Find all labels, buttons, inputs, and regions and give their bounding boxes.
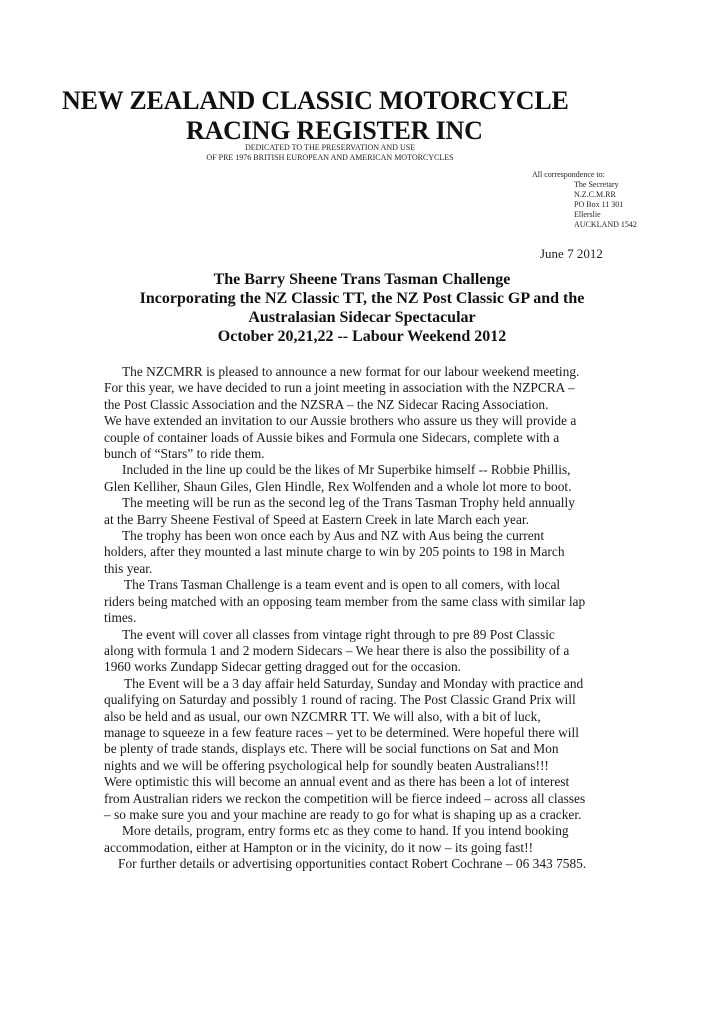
body-line: along with formula 1 and 2 modern Sideca…: [104, 643, 624, 659]
body-line: accommodation, either at Hampton or in t…: [104, 840, 624, 856]
correspondence-label: All correspondence to:: [532, 170, 637, 180]
address-line: The Secretary: [532, 180, 637, 190]
tagline-line1: DEDICATED TO THE PRESERVATION AND USE: [150, 143, 510, 153]
address-line: N.Z.C.M.RR: [532, 190, 637, 200]
event-title-line: Incorporating the NZ Classic TT, the NZ …: [60, 289, 664, 308]
event-title: The Barry Sheene Trans Tasman Challenge …: [60, 270, 664, 346]
body-line: be plenty of trade stands, displays etc.…: [104, 741, 624, 757]
address-line: AUCKLAND 1542: [532, 220, 637, 230]
body-line: couple of container loads of Aussie bike…: [104, 430, 624, 446]
body-line: this year.: [104, 561, 624, 577]
organization-name-line1: NEW ZEALAND CLASSIC MOTORCYCLE: [62, 86, 592, 116]
organization-name-line2: RACING REGISTER INC: [62, 116, 592, 146]
body-line: For further details or advertising oppor…: [104, 856, 624, 872]
address-line: PO Box 11 301: [532, 200, 637, 210]
body-line: For this year, we have decided to run a …: [104, 380, 624, 396]
organization-name: NEW ZEALAND CLASSIC MOTORCYCLE RACING RE…: [62, 86, 592, 146]
tagline-line2: OF PRE 1976 BRITISH EUROPEAN AND AMERICA…: [150, 153, 510, 163]
body-line: The Event will be a 3 day affair held Sa…: [104, 676, 624, 692]
body-line: qualifying on Saturday and possibly 1 ro…: [104, 692, 624, 708]
correspondence-address-block: All correspondence to: The Secretary N.Z…: [532, 170, 637, 230]
letter-body: The NZCMRR is pleased to announce a new …: [104, 364, 624, 873]
body-line: The event will cover all classes from vi…: [104, 627, 624, 643]
body-line: nights and we will be offering psycholog…: [104, 758, 624, 774]
organization-tagline: DEDICATED TO THE PRESERVATION AND USE OF…: [150, 143, 510, 163]
body-line: also be held and as usual, our own NZCMR…: [104, 709, 624, 725]
letter-date: June 7 2012: [540, 246, 603, 262]
body-line: The Trans Tasman Challenge is a team eve…: [104, 577, 624, 593]
body-line: The meeting will be run as the second le…: [104, 495, 624, 511]
body-line: Included in the line up could be the lik…: [104, 462, 624, 478]
event-title-line: The Barry Sheene Trans Tasman Challenge: [60, 270, 664, 289]
body-line: The NZCMRR is pleased to announce a new …: [104, 364, 624, 380]
body-line: holders, after they mounted a last minut…: [104, 544, 624, 560]
body-line: More details, program, entry forms etc a…: [104, 823, 624, 839]
body-line: times.: [104, 610, 624, 626]
body-line: Were optimistic this will become an annu…: [104, 774, 624, 790]
event-title-line: October 20,21,22 -- Labour Weekend 2012: [60, 327, 664, 346]
body-line: – so make sure you and your machine are …: [104, 807, 624, 823]
body-line: from Australian riders we reckon the com…: [104, 791, 624, 807]
address-line: Ellerslie: [532, 210, 637, 220]
body-line: manage to squeeze in a few feature races…: [104, 725, 624, 741]
body-line: at the Barry Sheene Festival of Speed at…: [104, 512, 624, 528]
body-line: The trophy has been won once each by Aus…: [104, 528, 624, 544]
body-line: bunch of “Stars” to ride them.: [104, 446, 624, 462]
body-line: We have extended an invitation to our Au…: [104, 413, 624, 429]
event-title-line: Australasian Sidecar Spectacular: [60, 308, 664, 327]
body-line: Glen Kelliher, Shaun Giles, Glen Hindle,…: [104, 479, 624, 495]
body-line: 1960 works Zundapp Sidecar getting dragg…: [104, 659, 624, 675]
body-line: the Post Classic Association and the NZS…: [104, 397, 624, 413]
body-line: riders being matched with an opposing te…: [104, 594, 624, 610]
